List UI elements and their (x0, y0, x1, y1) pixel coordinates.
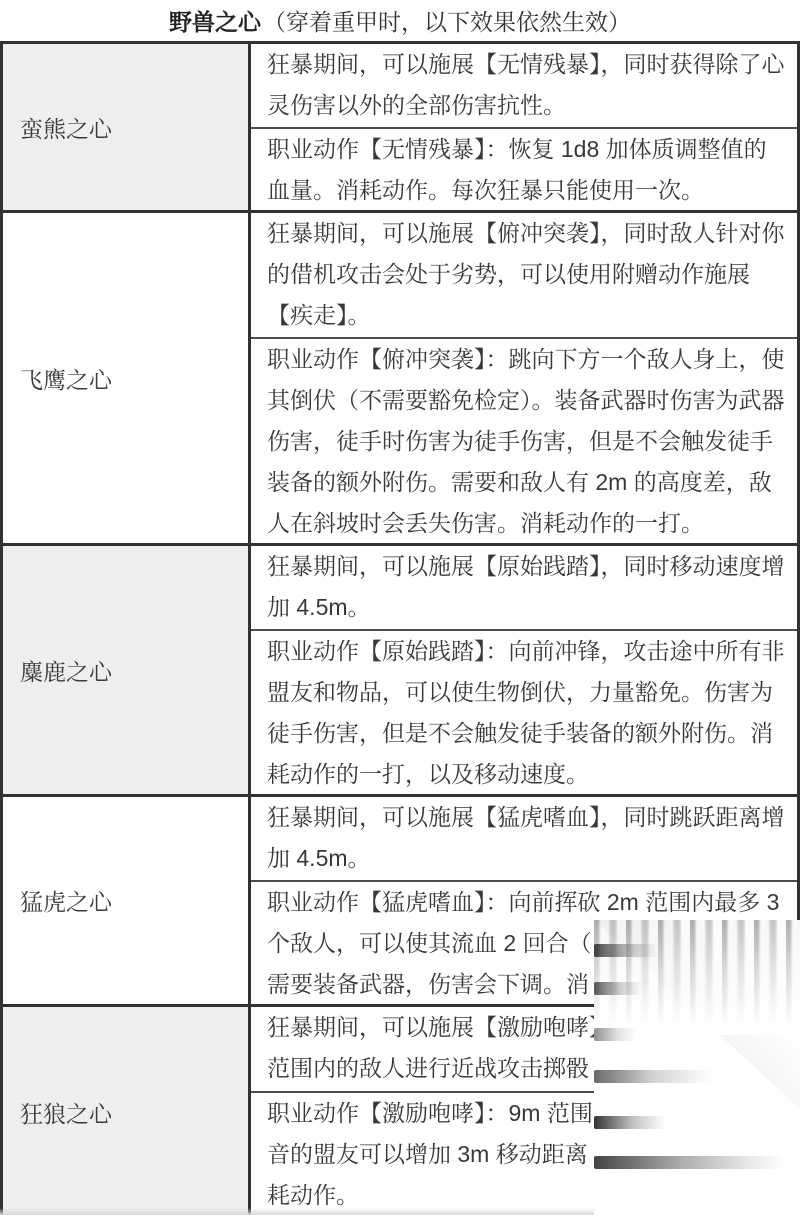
smear-streak (594, 982, 642, 995)
row-label: 麋鹿之心 (20, 654, 112, 687)
text-line: 职业动作【猛虎嗜血】：向前挥砍 2m 范围内最多 3 (267, 882, 797, 923)
text-line: 装备的额外附伤。需要和敌人有 2m 的高度差，敌 (267, 462, 797, 503)
text-line: 徒手伤害，但是不会触发徒手装备的额外附伤。消 (267, 713, 797, 754)
text-line: 血量。消耗动作。每次狂暴只能使用一次。 (267, 170, 797, 210)
text-line: 加 4.5m。 (267, 587, 797, 628)
bottom-edge-shadow (0, 1208, 598, 1215)
desc-cell-action: 职业动作【原始践踏】：向前冲锋，攻击途中所有非盟友和物品，可以使生物倒伏，力量豁… (251, 629, 797, 794)
text-line: 伤害，徒手时伤害为徒手伤害，但是不会触发徒手 (267, 421, 797, 462)
text-line: 职业动作【原始践踏】：向前冲锋，攻击途中所有非 (267, 631, 797, 672)
text-line: 盟友和物品，可以使生物倒伏，力量豁免。伤害为 (267, 672, 797, 713)
row-desc-column: 狂暴期间，可以施展【俯冲突袭】，同时敌人针对你的借机攻击会处于劣势，可以使用附赠… (251, 213, 797, 543)
text-line: 职业动作【无情残暴】：恢复 1d8 加体质调整值的 (267, 129, 797, 170)
text-line: 职业动作【俯冲突袭】：跳向下方一个敌人身上，使 (267, 339, 797, 380)
row-desc-column: 狂暴期间，可以施展【原始践踏】，同时移动速度增加 4.5m。 职业动作【原始践踏… (251, 546, 797, 794)
desc-cell-action: 职业动作【无情残暴】：恢复 1d8 加体质调整值的血量。消耗动作。每次狂暴只能使… (251, 127, 797, 210)
desc-cell-passive: 狂暴期间，可以施展【无情残暴】，同时获得除了心灵伤害以外的全部伤害抗性。 (251, 44, 797, 127)
smear-streak (594, 1028, 636, 1041)
page: 野兽之心 （穿着重甲时，以下效果依然生效） 蛮熊之心 狂暴期间，可以施展【无情残… (0, 0, 800, 1215)
row-label: 蛮熊之心 (20, 111, 112, 144)
text-line: 狂暴期间，可以施展【俯冲突袭】，同时敌人针对你 (267, 213, 797, 254)
text-line: 耗动作的一打，以及移动速度。 (267, 754, 797, 794)
page-curl (594, 920, 800, 1215)
smear-streak (594, 1116, 666, 1129)
smear-streak (594, 1070, 712, 1083)
text-line: 的借机攻击会处于劣势，可以使用附赠动作施展 (267, 254, 797, 295)
text-line: 狂暴期间，可以施展【无情残暴】，同时获得除了心 (267, 44, 797, 85)
table-row-eagle: 飞鹰之心 狂暴期间，可以施展【俯冲突袭】，同时敌人针对你的借机攻击会处于劣势，可… (3, 213, 797, 546)
text-line: 【疾走】。 (267, 295, 797, 336)
page-curl-streaks (594, 920, 800, 1035)
desc-cell-action: 职业动作【俯冲突袭】：跳向下方一个敌人身上，使其倒伏（不需要豁免检定）。装备武器… (251, 337, 797, 543)
row-label-cell: 飞鹰之心 (3, 213, 251, 543)
page-title: 野兽之心 （穿着重甲时，以下效果依然生效） (0, 0, 800, 41)
text-line: 人在斜坡时会丢失伤害。消耗动作的一打。 (267, 503, 797, 543)
text-line: 狂暴期间，可以施展【猛虎嗜血】，同时跳跃距离增 (267, 797, 797, 838)
smear-streak (594, 944, 658, 957)
row-label-cell: 蛮熊之心 (3, 44, 251, 210)
table-row-bear: 蛮熊之心 狂暴期间，可以施展【无情残暴】，同时获得除了心灵伤害以外的全部伤害抗性… (3, 44, 797, 213)
text-line: 加 4.5m。 (267, 838, 797, 879)
desc-cell-passive: 狂暴期间，可以施展【原始践踏】，同时移动速度增加 4.5m。 (251, 546, 797, 629)
row-label: 猛虎之心 (20, 884, 112, 917)
desc-cell-passive: 狂暴期间，可以施展【猛虎嗜血】，同时跳跃距离增加 4.5m。 (251, 797, 797, 880)
desc-cell-passive: 狂暴期间，可以施展【俯冲突袭】，同时敌人针对你的借机攻击会处于劣势，可以使用附赠… (251, 213, 797, 337)
table-row-elk: 麋鹿之心 狂暴期间，可以施展【原始践踏】，同时移动速度增加 4.5m。 职业动作… (3, 546, 797, 797)
row-desc-column: 狂暴期间，可以施展【无情残暴】，同时获得除了心灵伤害以外的全部伤害抗性。 职业动… (251, 44, 797, 210)
title-main: 野兽之心 (169, 4, 261, 37)
text-line: 其倒伏（不需要豁免检定）。装备武器时伤害为武器 (267, 380, 797, 421)
row-label: 飞鹰之心 (20, 362, 112, 395)
title-sub: （穿着重甲时，以下效果依然生效） (263, 4, 631, 37)
text-line: 狂暴期间，可以施展【原始践踏】，同时移动速度增 (267, 546, 797, 587)
row-label-cell: 猛虎之心 (3, 797, 251, 1004)
row-label: 狂狼之心 (20, 1096, 112, 1129)
row-label-cell: 麋鹿之心 (3, 546, 251, 794)
text-line: 灵伤害以外的全部伤害抗性。 (267, 85, 797, 126)
row-label-cell: 狂狼之心 (3, 1007, 251, 1215)
smear-streak (594, 1156, 786, 1169)
